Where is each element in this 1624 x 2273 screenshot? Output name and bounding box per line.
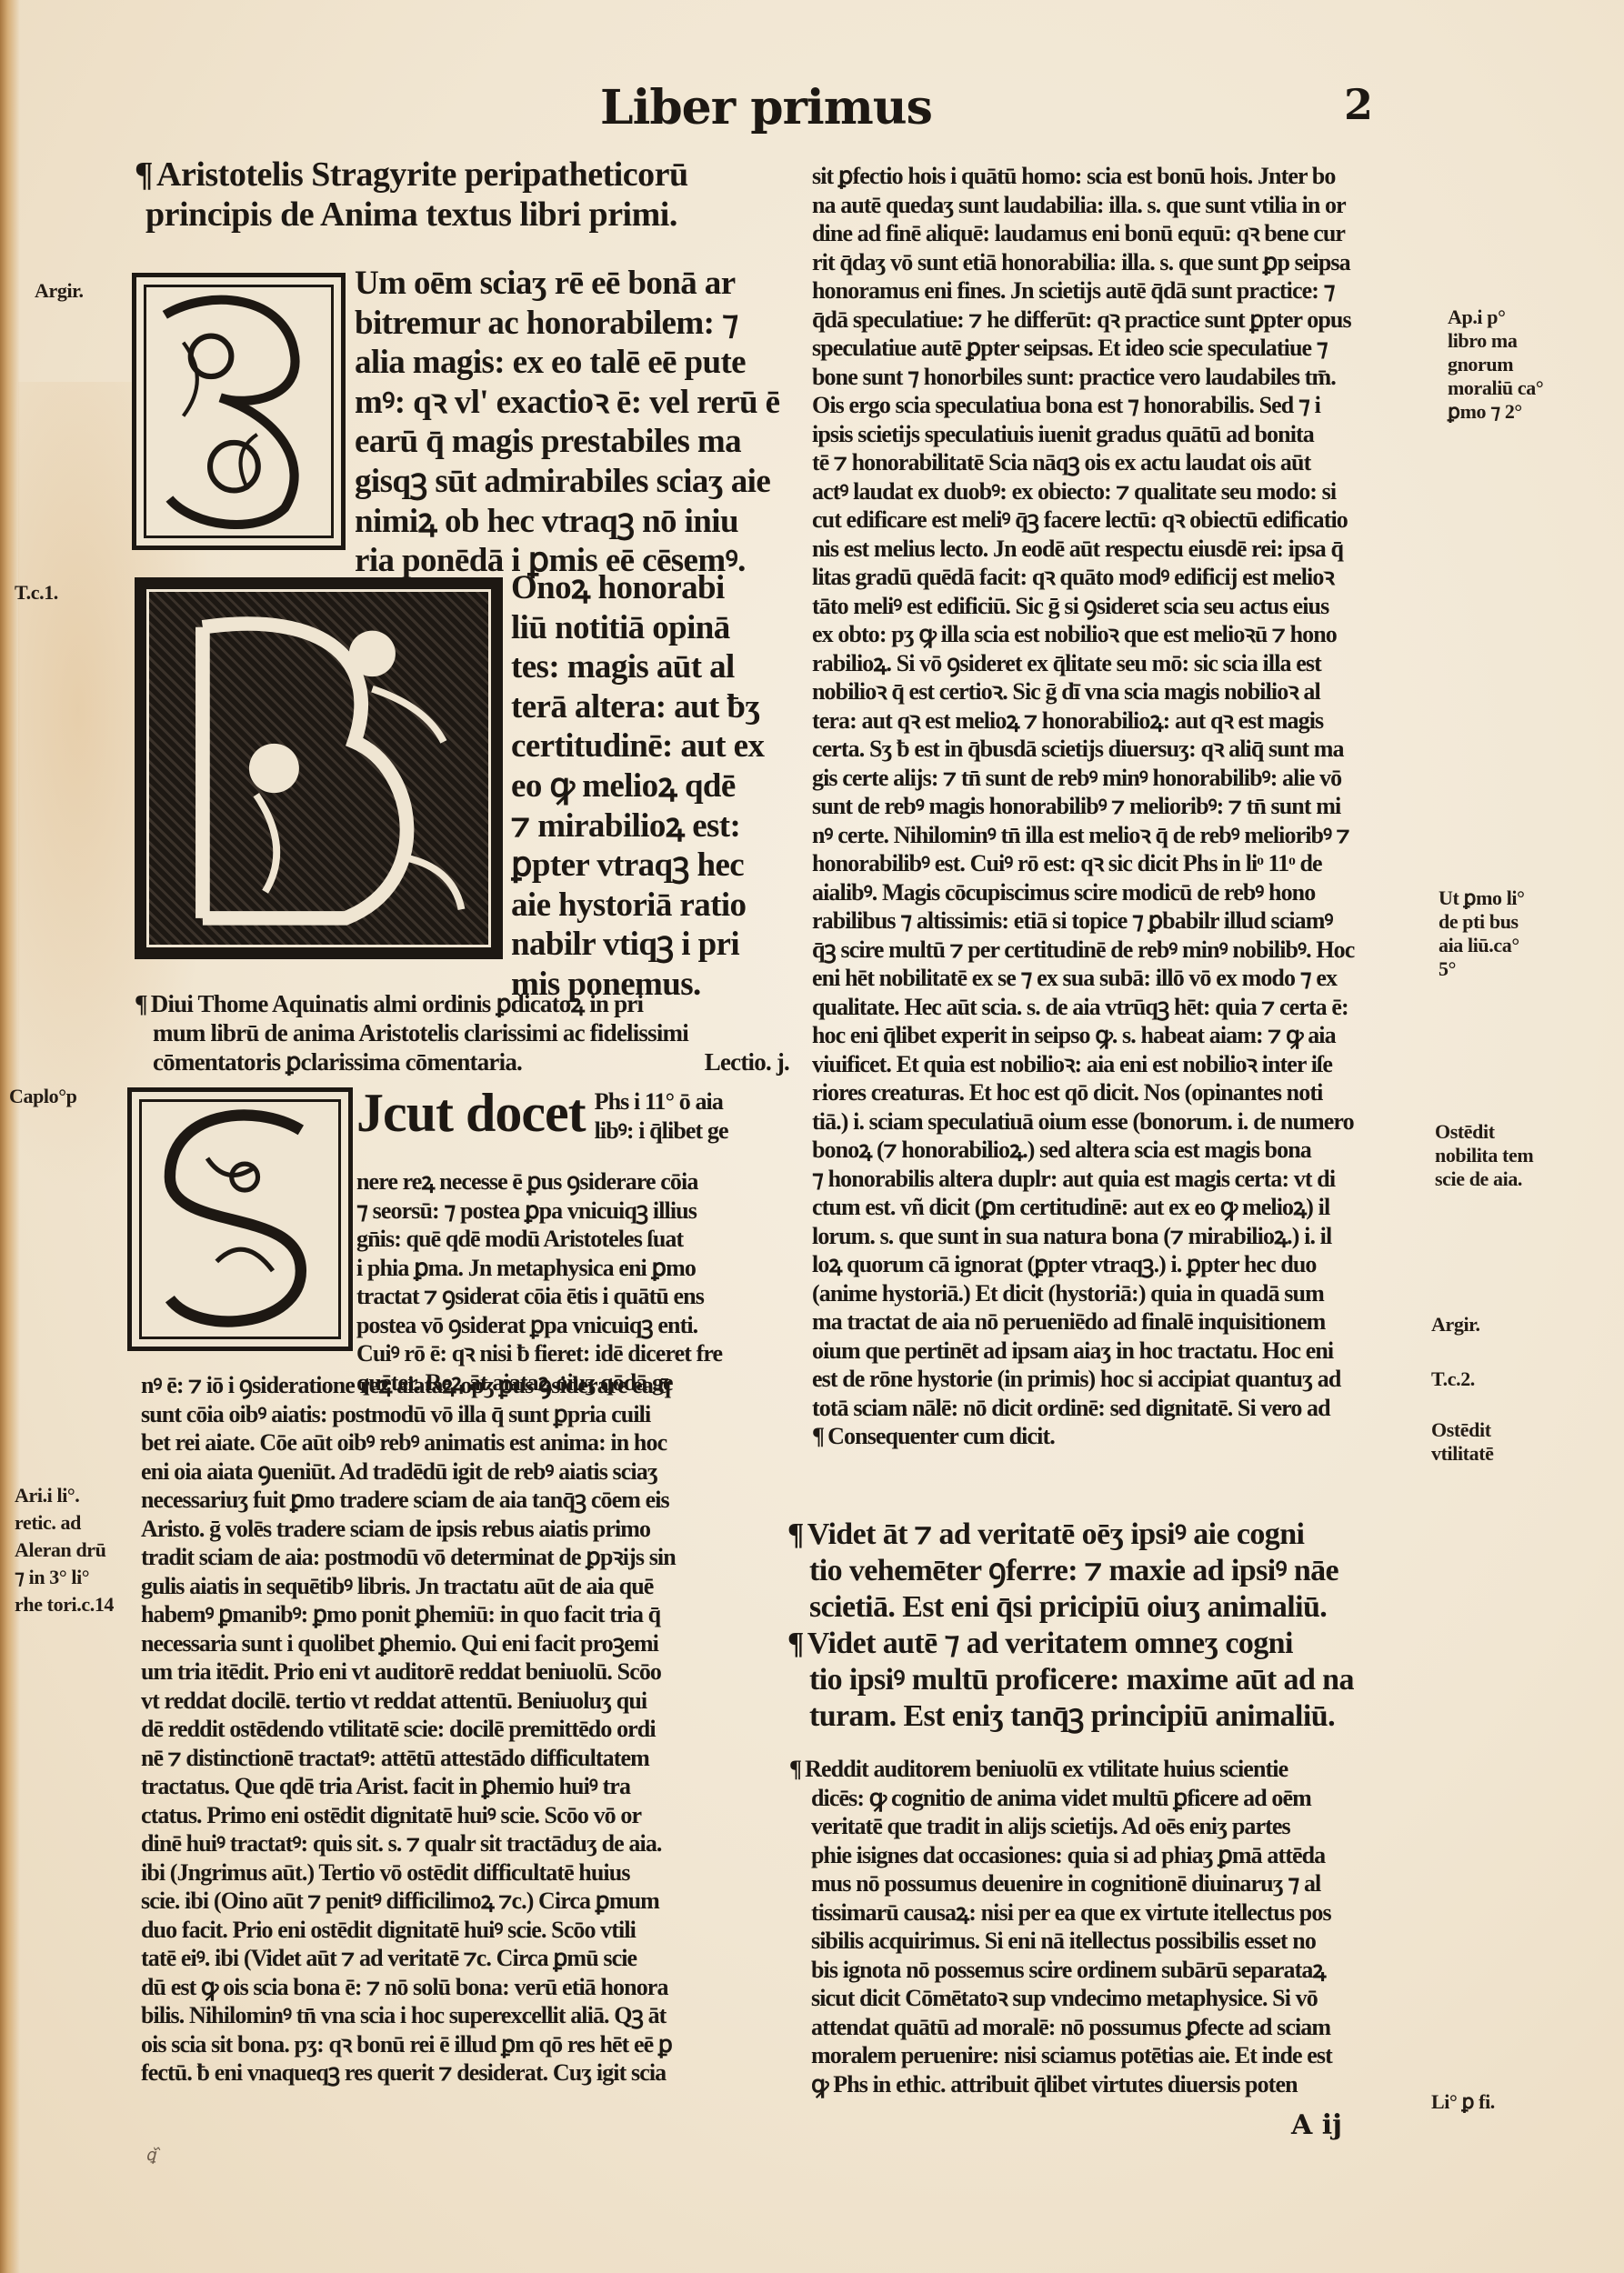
text-block-1: Um oēm sciaʒ rē eē bonā ar bitremur ac h…: [355, 264, 791, 581]
woodcut-initial-2: [135, 577, 503, 959]
running-head: Liber primus: [600, 80, 932, 135]
margin-note-right: Ut ꝑmo li° de pti bus aia liū.ca° 5°: [1439, 886, 1539, 981]
incipit-heading: Jcut docet: [356, 1087, 586, 1143]
folio-number: 2: [1344, 80, 1373, 129]
floriated-initial-icon: [139, 1099, 341, 1339]
incipit-block: Jcut docet Phs i 11° ō aia libꝰ: i q̄lib…: [356, 1087, 793, 1397]
pilcrow-icon: ¶: [135, 990, 147, 1017]
page-edge-shadow: [0, 0, 20, 2273]
commentary-heading: ¶Diui Thome Aquinatis almi ordinis ꝑdica…: [135, 989, 789, 1076]
ink-scribble-icon: ꝗ ᷈: [145, 2146, 161, 2165]
margin-note-left: T.c.1.: [15, 582, 105, 604]
margin-note-right: Ap.i p° libro ma gnorum moraliū ca° ꝑmo …: [1448, 305, 1548, 424]
margin-note-right: Ostēdit vtilitatē: [1431, 1418, 1531, 1466]
margin-note-right: Ostēdit nobilita tem scie de aia.: [1435, 1120, 1535, 1191]
woodcut-initial-1: [132, 273, 346, 550]
margin-note-right: Li° ꝑ fi.: [1431, 2091, 1531, 2113]
text-title: ¶Aristotelis Stragyrite peripatheticorū …: [135, 155, 789, 235]
cherub-dragon-initial-icon: [146, 589, 491, 947]
text-block-3: ¶Videt āt ⁊ ad veritatē oēʒ ipsiꝰ aie co…: [787, 1517, 1439, 1735]
pilcrow-icon: ¶: [135, 155, 153, 194]
text-block-2: Onoꝝ honorabi liū notitiā opinā tes: mag…: [511, 568, 793, 1005]
pilcrow-icon: ¶: [787, 1627, 804, 1660]
woodcut-initial-3: [127, 1087, 353, 1351]
commentary-block-3: sit ꝑfectio hois i quātū homo: scia est …: [812, 162, 1438, 1451]
margin-note-left: Ari.i li°. retic. ad Aleran drū ⁊ in 3° …: [15, 1482, 119, 1618]
margin-note-right: T.c.2.: [1431, 1368, 1531, 1390]
commentary-block-4: ¶Reddit auditorem beniuolū ex vtilitate …: [789, 1755, 1439, 2098]
floriated-initial-icon: [144, 285, 334, 538]
lectio-label: Lectio. j.: [705, 1047, 789, 1076]
margin-note-left: Argir.: [35, 280, 125, 302]
signature-mark: A ij: [1291, 2109, 1342, 2141]
title-line: ¶Aristotelis Stragyrite peripatheticorū: [135, 155, 789, 195]
pilcrow-icon: ¶: [812, 1423, 824, 1449]
title-line: principis de Anima textus libri primi.: [135, 195, 789, 235]
commentary-block-2: nꝰ ē: ⁊ iō i ꝯsideratione reꝝ aiataꝝ opʒ…: [141, 1371, 791, 2088]
margin-note-left: Caplo°p: [9, 1086, 109, 1107]
pilcrow-icon: ¶: [789, 1756, 801, 1782]
pilcrow-icon: ¶: [787, 1517, 804, 1551]
margin-note-right: Argir.: [1431, 1314, 1531, 1336]
